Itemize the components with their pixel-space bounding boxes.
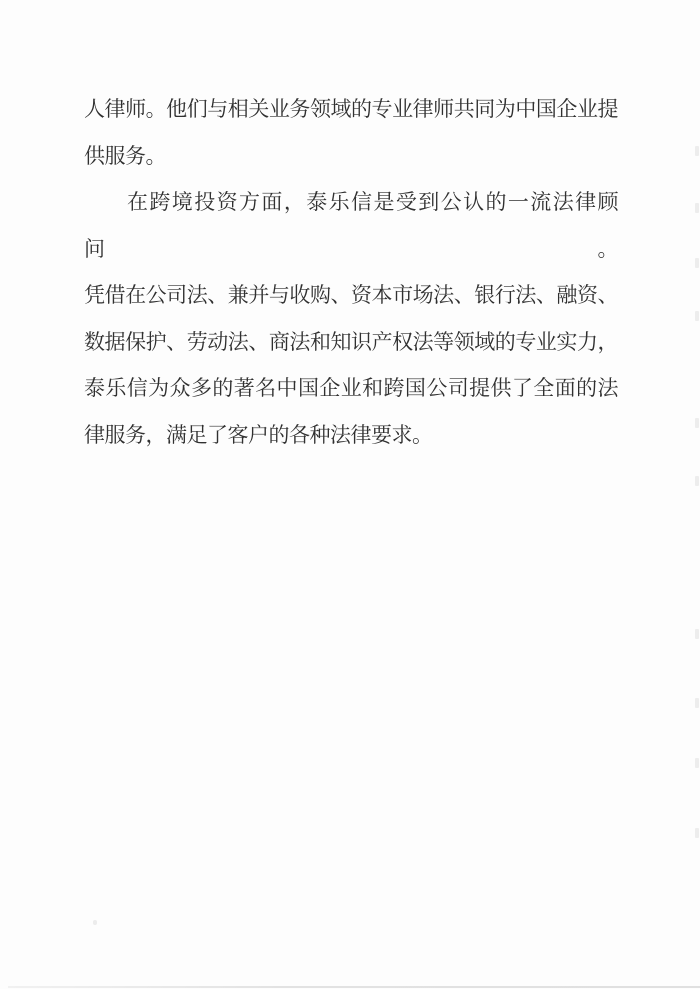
- scan-edge-shadow: [8, 986, 700, 988]
- scan-artifact-tick: [695, 758, 699, 768]
- scan-artifact-tick: [695, 418, 699, 428]
- text-line: 供服务。: [84, 133, 618, 180]
- scan-artifact-tick: [695, 629, 699, 639]
- body-text: 人律师。他们与相关业务领域的专业律师共同为中国企业提 供服务。 在跨境投资方面，…: [84, 86, 618, 458]
- text-line: 律服务，满足了客户的各种法律要求。: [84, 412, 618, 459]
- scan-artifact-tick: [695, 258, 699, 268]
- scan-artifact-tick: [695, 311, 699, 321]
- text-line: 泰乐信为众多的著名中国企业和跨国公司提供了全面的法: [84, 365, 618, 412]
- text-line: 凭借在公司法、兼并与收购、资本市场法、银行法、融资、: [84, 272, 618, 319]
- scan-artifact-tick: [695, 203, 699, 213]
- text-line: 数据保护、劳动法、商法和知识产权法等领域的专业实力，: [84, 319, 618, 366]
- scan-artifact-tick: [695, 698, 699, 708]
- scan-artifact-tick: [695, 146, 699, 156]
- text-line: 在跨境投资方面，泰乐信是受到公认的一流法律顾问。: [84, 179, 618, 272]
- text-line: 人律师。他们与相关业务领域的专业律师共同为中国企业提: [84, 86, 618, 133]
- scan-artifact-tick: [695, 828, 699, 838]
- scanned-document-page: 人律师。他们与相关业务领域的专业律师共同为中国企业提 供服务。 在跨境投资方面，…: [0, 0, 700, 989]
- scan-artifact-speckle: [93, 920, 97, 925]
- scan-artifact-tick: [695, 476, 699, 486]
